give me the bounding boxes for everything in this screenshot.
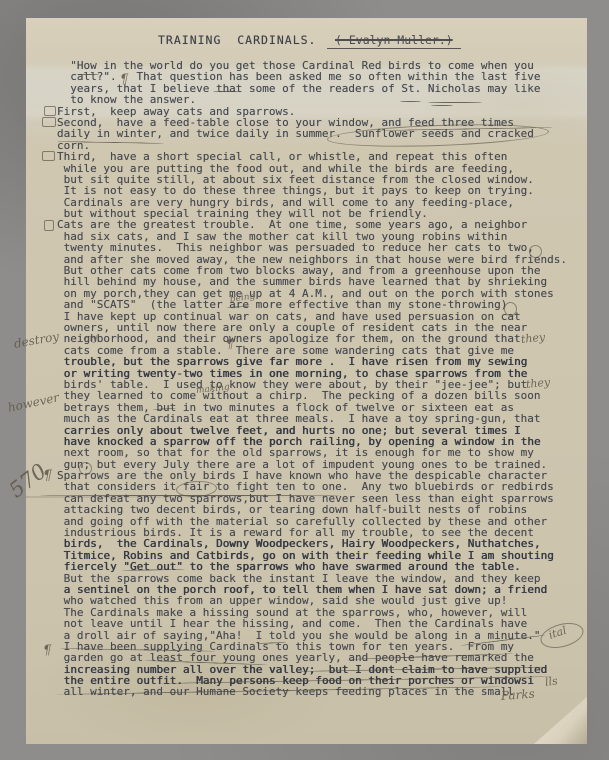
- typed-text-block: "How in the world do you get those Cardi…: [57, 60, 567, 698]
- typed-line: all winter, and our Humane Society keeps…: [57, 686, 567, 697]
- typed-line: daily in winter, and twice daily in summ…: [57, 128, 567, 139]
- typed-line: they learned to come without a chirp. Th…: [57, 390, 567, 401]
- typed-line: to know the answer.: [57, 94, 567, 105]
- typed-line: next room, so that for the old sparrows,…: [57, 447, 567, 458]
- typed-line: It is not easy to do these three things,…: [57, 185, 567, 196]
- typed-line: much as the Cardinals eat at three meals…: [57, 413, 567, 424]
- scanned-document-scene: TRAINING CARDINALS. ( Evalyn Muller.) "H…: [0, 0, 609, 760]
- typed-line: Third, have a short special call, or whi…: [57, 151, 567, 162]
- typed-line: twenty minutes. This neighbor was persua…: [57, 242, 567, 253]
- typed-line: fiercely "Get out" to the sparrows who h…: [57, 561, 567, 572]
- document-title: TRAINING CARDINALS.: [158, 33, 316, 47]
- typed-line: garden go at least four young ones yearl…: [57, 652, 567, 663]
- typed-line: not leave until I hear the hissing, and …: [57, 618, 567, 629]
- typed-line: attacking two decent birds, or tearing d…: [57, 504, 567, 515]
- typed-line: trouble, but the sparrows give far more …: [57, 356, 567, 367]
- manuscript-page: TRAINING CARDINALS. ( Evalyn Muller.) "H…: [26, 18, 587, 744]
- author-byline-struck: ( Evalyn Muller.): [327, 33, 461, 49]
- typed-line: and "SCATS" (the latter are more effecti…: [57, 299, 567, 310]
